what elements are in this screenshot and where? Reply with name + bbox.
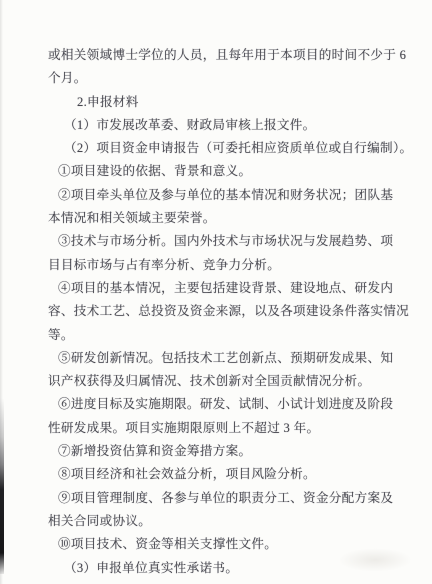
scanned-page: 或相关领域博士学位的人员，且每年用于本项目的时间不少于 6个月。2.申报材料（1…	[0, 0, 432, 584]
text-line: 本情况和相关领域主要荣誉。	[48, 207, 424, 230]
text-line: 等。	[48, 324, 424, 347]
document-body: 或相关领域博士学位的人员，且每年用于本项目的时间不少于 6个月。2.申报材料（1…	[48, 44, 424, 580]
text-line: 性研发成果。项目实施期限原则上不超过 3 年。	[48, 417, 424, 440]
text-line: 2.申报材料	[48, 91, 424, 114]
text-line: ③技术与市场分析。国内外技术与市场状况与发展趋势、项	[48, 230, 424, 253]
text-line: ⑦新增投资估算和资金筹措方案。	[48, 440, 424, 463]
text-line: ⑩项目技术、资金等相关支撑性文件。	[48, 533, 424, 556]
scan-artifact-line	[0, 398, 4, 574]
text-line: ④项目的基本情况，主要包括建设背景、建设地点、研发内	[48, 277, 424, 300]
text-line: ⑥进度目标及实施期限。研发、试制、小试计划进度及阶段	[48, 393, 424, 416]
text-line: 相关合同或协议。	[48, 510, 424, 533]
text-line: ⑤研发创新情况。包括技术工艺创新点、预期研发成果、知	[48, 347, 424, 370]
text-line: ⑧项目经济和社会效益分析，项目风险分析。	[48, 463, 424, 486]
text-line: （2）项目资金申请报告（可委托相应资质单位或自行编制）。	[48, 137, 424, 160]
text-line: 或相关领域博士学位的人员，且每年用于本项目的时间不少于 6	[48, 44, 424, 67]
text-line: ②项目牵头单位及参与单位的基本情况和财务状况；团队基	[48, 184, 424, 207]
text-line: （1）市发展改革委、财政局审核上报文件。	[48, 114, 424, 137]
text-line: 目目标市场与占有率分析、竞争力分析。	[48, 254, 424, 277]
text-line: 识产权获得及归属情况、技术创新对全国贡献情况分析。	[48, 370, 424, 393]
text-line: 容、技术工艺、总投资及资金来源，以及各项建设条件落实情况	[48, 300, 424, 323]
text-line: （3）申报单位真实性承诺书。	[48, 557, 424, 580]
text-line: 个月。	[48, 67, 424, 90]
text-line: ①项目建设的依据、背景和意义。	[48, 160, 424, 183]
text-line: ⑨项目管理制度、各参与单位的职责分工、资金分配方案及	[48, 487, 424, 510]
